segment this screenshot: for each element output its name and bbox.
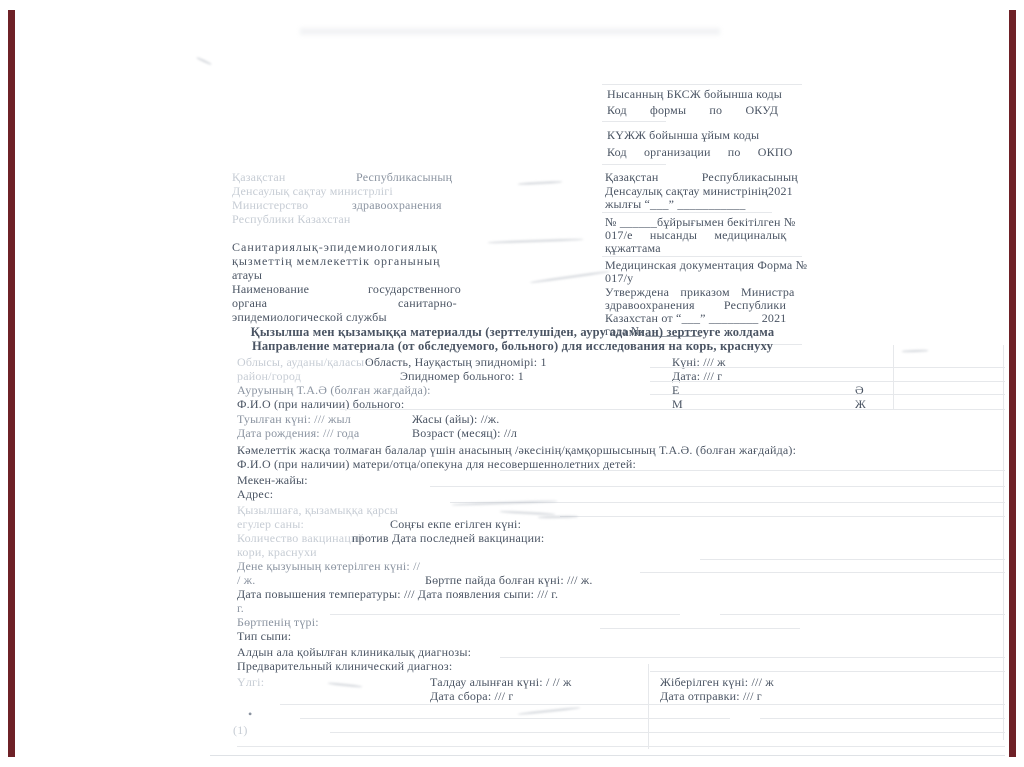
field-rayon: район/город [237,370,301,383]
handwriting-mark [518,707,580,715]
field-collected-kz: Талдау алынған күні: / // ж [430,676,571,689]
sanepid-ru-line3: эпидемиологической службы [232,311,387,324]
handwriting-mark [902,350,928,353]
table-rule [430,486,1005,487]
table-rule [237,746,1005,747]
table-rule [720,614,1005,615]
form-title-ru: Направление материала (от обследуемого, … [230,340,795,353]
scan-bottom-edge [210,755,1005,756]
handwriting-mark [328,682,362,688]
edge-bar-right [1009,10,1016,757]
approval-divider-2 [602,256,802,257]
table-rule [700,559,1005,560]
table-rule [340,409,1005,410]
field-rashtype-kz: Бөртпенің түрі: [237,616,319,629]
field-fever-kz2: / ж. [237,574,255,587]
table-rule [500,470,1005,471]
codebox-top-line [602,84,802,85]
field-lastvacc-kz: Соңғы екпе егілген күні: [390,518,521,531]
table-rule [300,718,730,719]
field-age-kz: Жасы (айы): //ж. [412,413,499,426]
codebox-org-code-kz: КҮЖЖ бойынша ұйым коды [607,129,759,142]
handwriting-mark [518,181,562,185]
scan-top-edge [300,28,720,35]
sanepid-kz-line3: атауы [232,269,262,282]
approval-divider-1 [602,212,772,213]
table-rule [330,614,680,615]
codebox-underline-2 [602,164,666,165]
edge-bar-left [8,10,15,757]
handwriting-mark [500,511,555,516]
table-rule [650,381,1005,382]
field-lastvacc-ru: против Дата последней вакцинации: [352,532,544,545]
ministry-kz-word2: Республикасының [356,171,452,184]
field-vaccine-kz: Қызылшаға, қызамыққа қарсы [237,504,398,517]
field-dob-kz: Туылған күні: /// жыл [237,413,351,426]
table-rule [650,394,1005,395]
field-region-ru: Область, Науқастың эпидномірі: 1 [365,356,547,369]
field-fio-kz: Ауруының Т.А.Ә (болған жағдайда): [237,384,431,397]
table-rule [330,732,1005,733]
field-diagnosis-ru: Предварительный клинический диагноз: [237,660,452,673]
field-epidnum-ru: Эпидномер больного: 1 [400,370,524,383]
field-address-kz: Мекен-жайы: [237,474,308,487]
table-rule [600,628,800,629]
field-fever-ru: Дата повышения температуры: /// Дата поя… [237,588,558,601]
table-rule [560,516,1005,517]
table-rule-vertical [1003,345,1004,740]
scanned-form-page: Нысанның БКСЖ бойынша коды Код формы по … [0,0,1024,767]
sanepid-ru-word1: Наименование [232,283,309,296]
form-title-kz: Қызылша мен қызамыққа материалды (зертте… [230,326,795,339]
field-sent-kz: Жіберілген күні: /// ж [660,676,774,689]
field-sample-kz: Үлгі: [237,676,264,689]
table-rule [640,572,1005,573]
field-dob-ru: Дата рождения: /// года [237,427,359,440]
footnote: (1) [233,724,248,737]
table-rule [760,718,1005,719]
field-fever-kz: Дене қызуының көтерілген күні: // [237,560,420,573]
sanepid-kz-line2: қызметтің мемлекеттік органының [232,255,441,268]
ministry-kz-word1: Қазақстан [232,171,286,184]
codebox-form-code-kz: Нысанның БКСЖ бойынша коды [607,88,782,101]
ministry-ru-word2: здравоохранения [352,199,442,212]
field-guardian-kz: Кәмелеттік жасқа толмаған балалар үшін а… [237,444,796,457]
field-rashtype-ru: Тип сыпи: [237,630,291,643]
ministry-ru-line2: Республики Казахстан [232,213,351,226]
table-rule [280,704,1005,705]
codebox-org-code-ru: Код организации по ОКПО [607,146,793,159]
field-rash-kz: Бөртпе пайда болған күні: /// ж. [425,574,593,587]
sanepid-kz-line1: Санитариялық-эпидемиологиялық [232,241,438,254]
stray-mark: • [248,708,252,721]
field-vaccine-ru: Количество вакцинаций [237,532,364,545]
approval-line-6: құжаттама [605,242,661,255]
approval-line-7: Медицинская документация Форма № [605,259,807,272]
sanepid-ru-word4: санитарно- [398,297,457,310]
field-sex-e: Е [672,384,680,397]
handwriting-mark [530,270,609,283]
table-rule [650,367,1005,368]
table-rule [500,657,1005,658]
table-rule [650,671,1005,672]
handwriting-mark [538,516,578,519]
field-region-kz: Облысы, ауданы/қаласы : [237,356,371,369]
sanepid-ru-word2: государственного [368,283,461,296]
field-sex-a: Ә [855,384,864,397]
codebox-form-code-ru: Код формы по ОКУД [607,104,778,117]
field-age-ru: Возраст (месяц): //л [412,427,517,440]
ministry-ru-word1: Министерство [232,199,308,212]
approval-line-8: 017/у [605,272,633,285]
approval-line-3: жылғы “___” ___________ [605,198,746,211]
field-sent-ru: Дата отправки: /// г [660,690,762,703]
table-rule-vertical [648,664,649,749]
field-diagnosis-kz: Алдын ала қойылған клиникалық диагнозы: [237,646,471,659]
field-collected-ru: Дата сбора: /// г [430,690,513,703]
sanepid-ru-word3: органа [232,297,267,310]
handwriting-mark [488,238,583,243]
ministry-kz-line2: Денсаулық сақтау министрлігі [232,185,393,198]
codebox-underline-1 [602,121,666,122]
table-rule-vertical [893,345,894,410]
field-address-ru: Адрес: [237,488,273,501]
handwriting-mark [196,57,211,66]
field-vaccine-kz2: егулер саны: [237,518,304,531]
field-fever-ru2: г. [237,602,244,615]
approval-line-1: Қазақстан Республикасының [605,171,798,184]
field-vaccine-ru2: кори, краснухи [237,546,317,559]
